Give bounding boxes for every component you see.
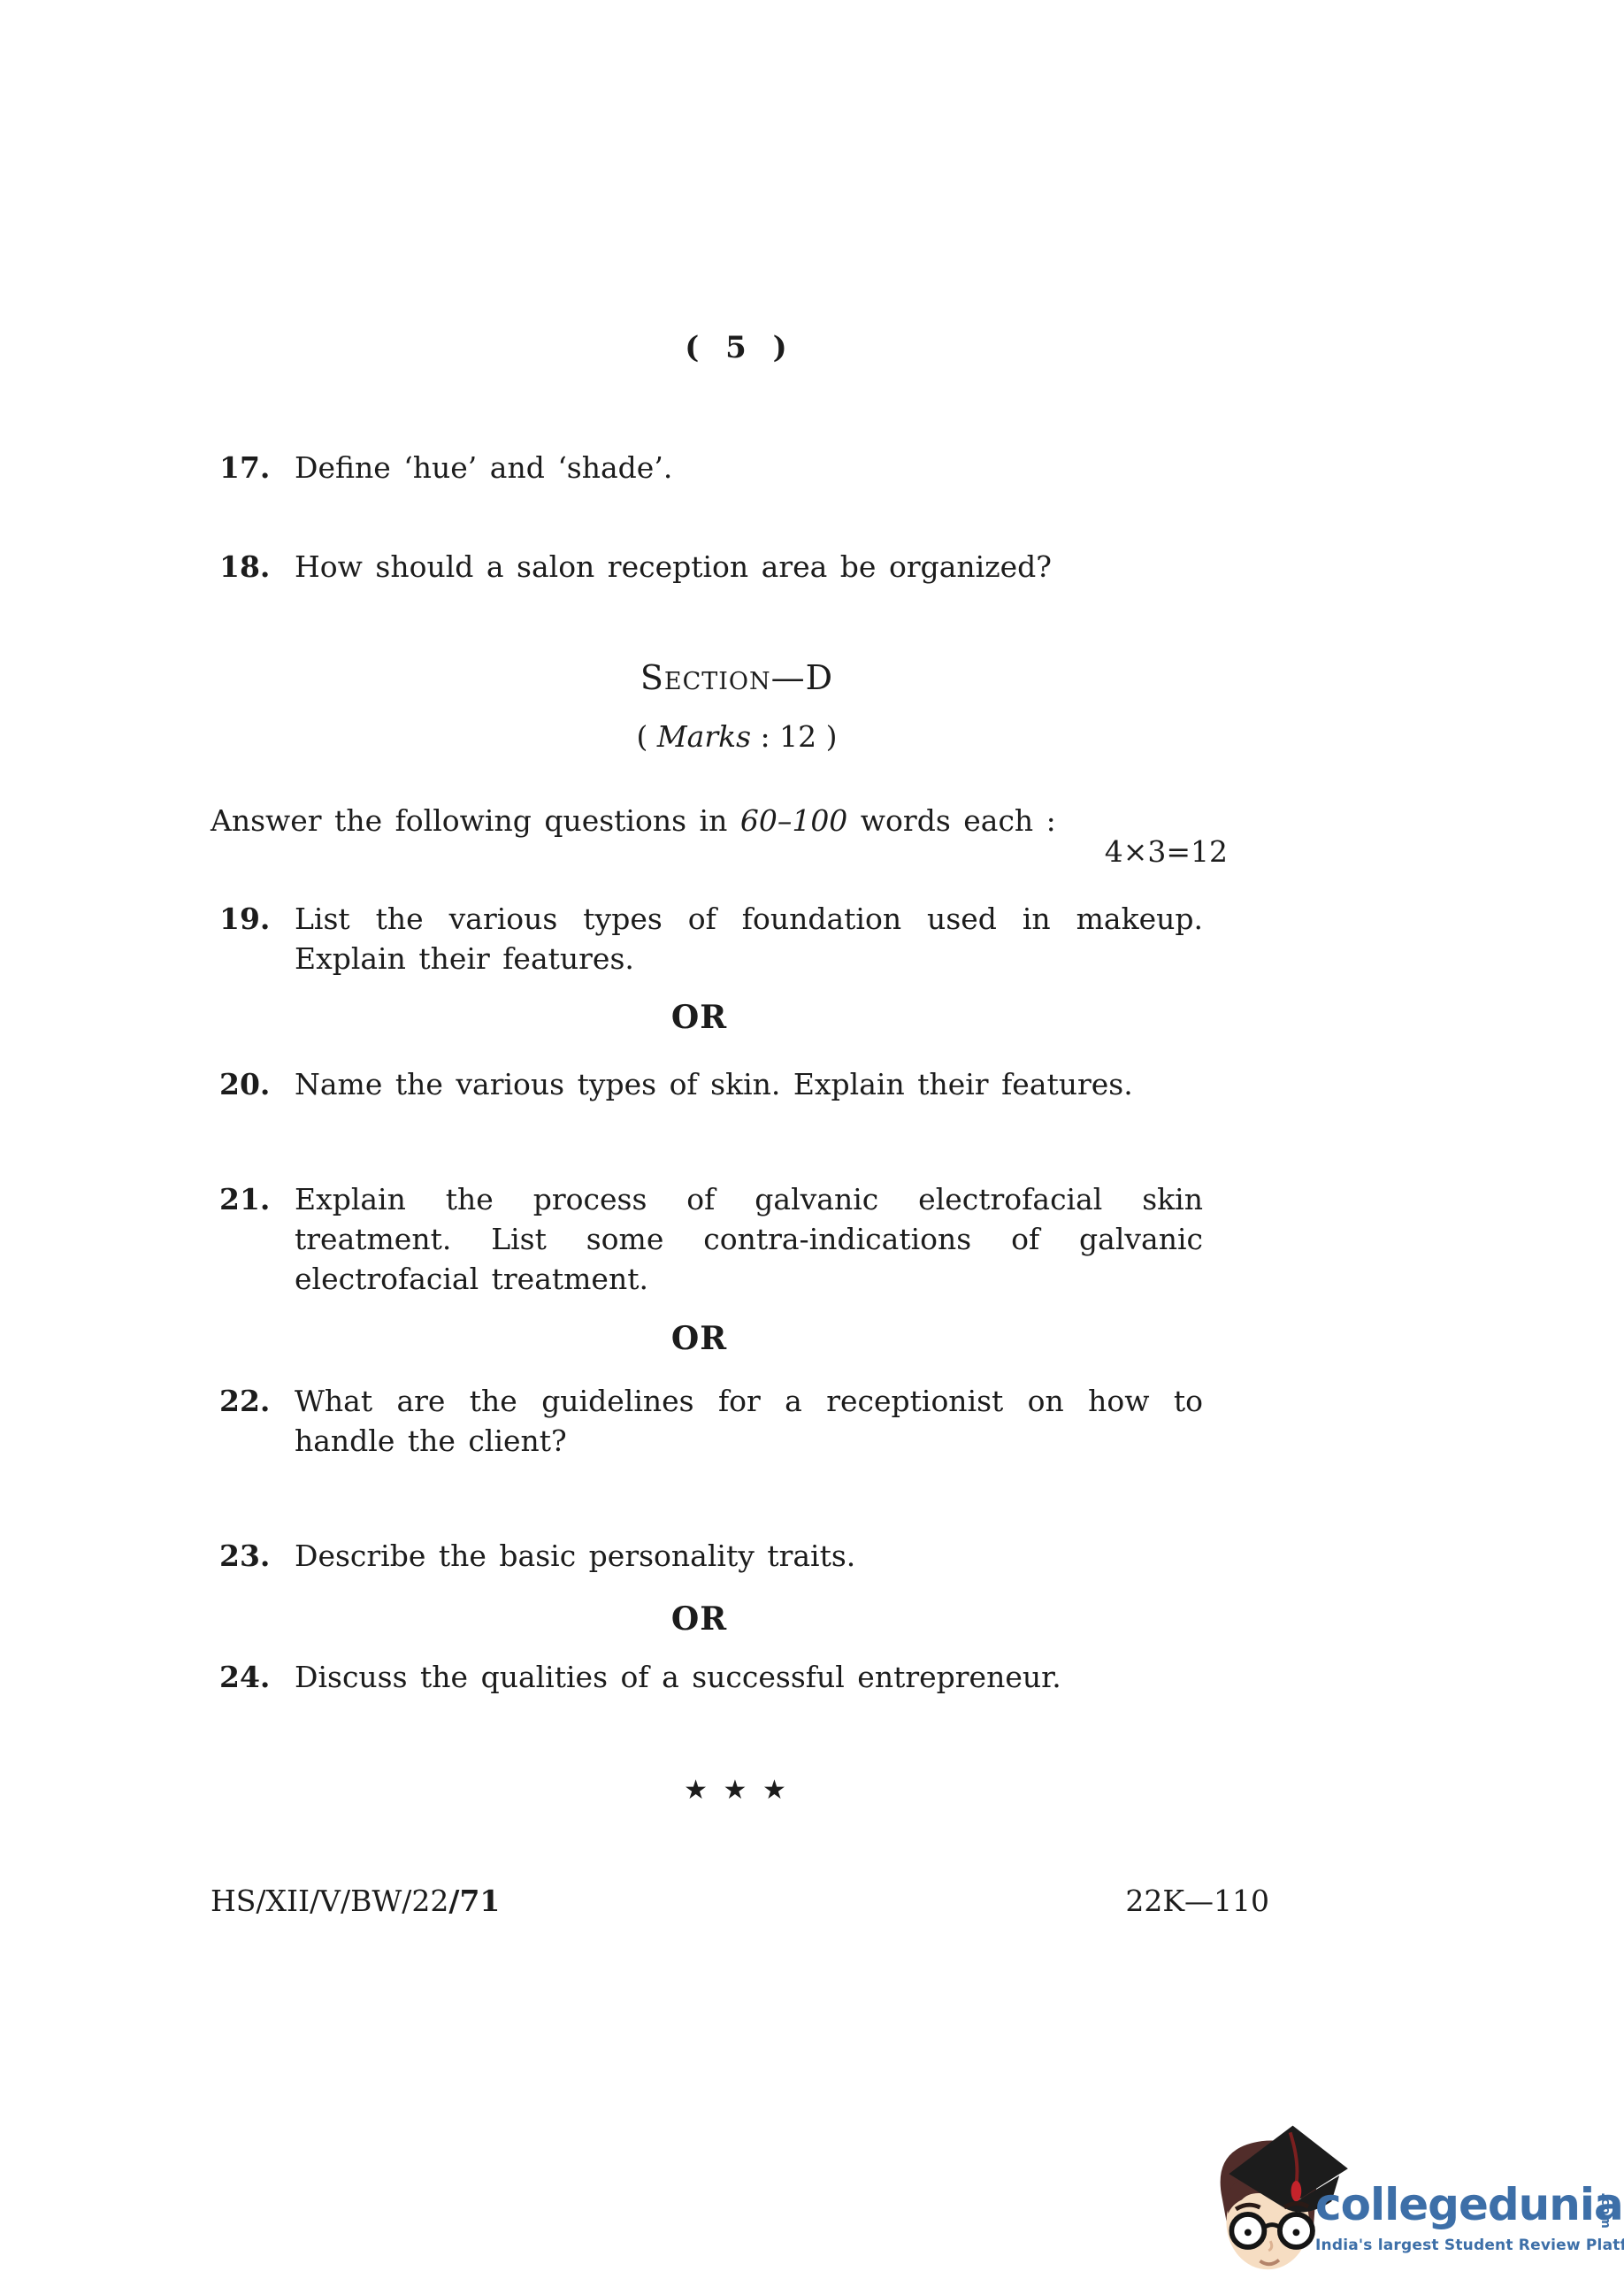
marks-word: Marks: [657, 719, 751, 754]
or-divider-1: OR: [211, 998, 1188, 1038]
marks-open: (: [637, 719, 657, 754]
or-divider-2: OR: [211, 1319, 1188, 1359]
word-count-range: 60–100: [740, 803, 847, 838]
question-text: List the various types of foundation use…: [295, 899, 1203, 978]
logo-domain-text: .com: [1598, 2192, 1613, 2229]
question-number: 19.: [219, 899, 270, 939]
question-number: 22.: [219, 1381, 270, 1421]
logo-tagline: India's largest Student Review Platform: [1315, 2237, 1624, 2254]
question-text: Define ‘hue’ and ‘shade’.: [295, 448, 1203, 487]
collegedunia-logo: collegedunia .com India's largest Studen…: [1201, 2107, 1624, 2279]
or-divider-3: OR: [211, 1600, 1188, 1639]
question-number: 18.: [219, 547, 270, 587]
question-text: What are the guidelines for a receptioni…: [295, 1381, 1203, 1461]
question-text: Explain the process of galvanic electrof…: [295, 1179, 1203, 1299]
question-text: How should a salon reception area be org…: [295, 547, 1203, 587]
question-number: 21.: [219, 1179, 270, 1219]
end-of-paper-stars: ★ ★ ★: [211, 1775, 1263, 1806]
page-number: ( 5 ): [211, 330, 1263, 365]
question-text: Name the various types of skin. Explain …: [295, 1064, 1203, 1104]
section-heading: Section—D: [211, 658, 1263, 697]
question-text: Discuss the qualities of a successful en…: [295, 1657, 1203, 1697]
question-number: 24.: [219, 1657, 270, 1697]
question-number: 17.: [219, 448, 270, 487]
marks-scheme: 4×3=12: [211, 834, 1228, 869]
exam-paper-page: ( 5 ) 17. Define ‘hue’ and ‘shade’. 18. …: [0, 0, 1624, 2279]
logo-brand-text: collegedunia: [1315, 2182, 1623, 2228]
print-run-code: 22K—110: [211, 1881, 1269, 1921]
question-text: Describe the basic personality traits.: [295, 1536, 1203, 1576]
question-number: 23.: [219, 1536, 270, 1576]
section-marks: ( Marks : 12 ): [211, 719, 1263, 754]
question-number: 20.: [219, 1064, 270, 1104]
marks-rest: : 12 ): [751, 719, 837, 754]
